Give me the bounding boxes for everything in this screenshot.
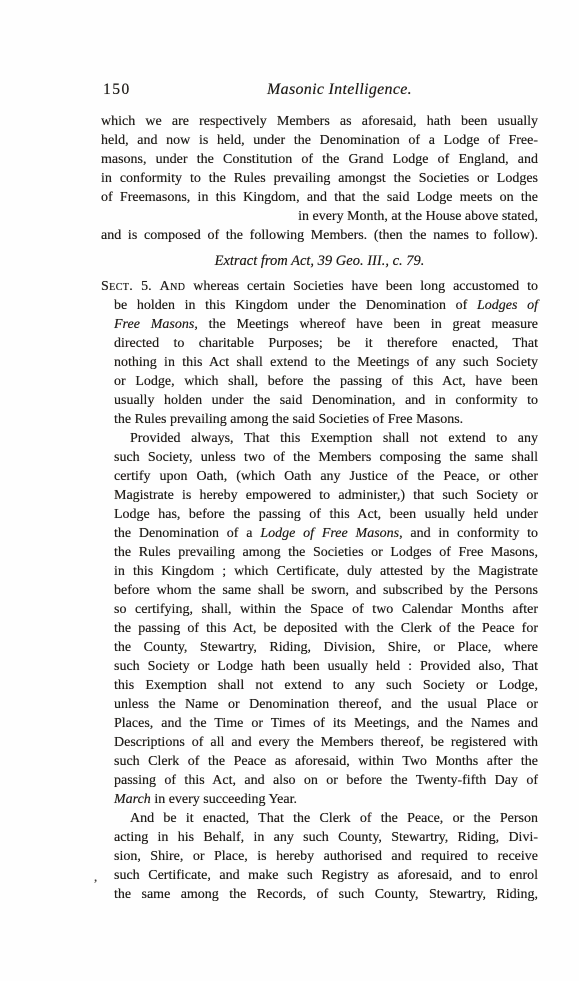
body-text: certify upon Oath, (which Oath any Justi…	[114, 469, 538, 484]
body-text: acting in his Behalf, in any such County…	[114, 830, 538, 845]
text-line: this Exemption shall not extend to any s…	[114, 676, 538, 695]
body-text: the passing of this Act, be deposited wi…	[114, 621, 538, 636]
body-text: in every succeeding Year.	[151, 792, 297, 807]
body-text: of Freemasons, in this Kingdom, and that…	[101, 190, 538, 205]
text-line: before whom the same shall be sworn, and…	[114, 581, 538, 600]
body-text: the same among the Records, of such Coun…	[114, 887, 538, 902]
text-line: March in every succeeding Year.	[114, 790, 538, 809]
body-text: the Denomination of a	[114, 526, 260, 541]
italic-text: Lodge of Free Masons	[260, 526, 399, 541]
text-line: certify upon Oath, (which Oath any Justi…	[114, 467, 538, 486]
running-title: Masonic Intelligence.	[121, 81, 558, 99]
text-line: And be it enacted, That the Clerk of the…	[114, 809, 538, 828]
body-text: whereas certain Societies have been long…	[185, 279, 538, 294]
text-line: and is composed of the following Members…	[101, 226, 538, 245]
body-text: And be it enacted, That the Clerk of the…	[130, 811, 538, 826]
body-text: the County, Stewartry, Riding, Division,…	[114, 640, 538, 655]
text-line: Provided always, That this Exemption sha…	[114, 429, 538, 448]
body-text: 5.	[133, 279, 159, 294]
body-text: Magistrate is hereby empowered to admini…	[114, 488, 538, 503]
text-line: masons, under the Constitution of the Gr…	[101, 150, 538, 169]
page-header: 150 Masonic Intelligence.	[101, 81, 538, 103]
text-line: in every Month, at the House above state…	[101, 207, 538, 226]
text-body: which we are respectively Members as afo…	[101, 112, 538, 904]
text-line: ,such Certificate, and make such Registr…	[114, 866, 538, 885]
body-text: before whom the same shall be sworn, and…	[114, 583, 538, 598]
text-line: which we are respectively Members as afo…	[101, 112, 538, 131]
body-text: so certifying, shall, within the Space o…	[114, 602, 538, 617]
body-text: in this Kingdom ; which Certificate, dul…	[114, 564, 538, 579]
body-text: this Exemption shall not extend to any s…	[114, 678, 538, 693]
body-text: usually holden under the said Denominati…	[114, 393, 538, 408]
body-text: such Clerk of the Peace as aforesaid, wi…	[114, 754, 538, 769]
body-text: passing of this Act, and also on or befo…	[114, 773, 538, 788]
smallcaps-text: Sect.	[101, 279, 133, 294]
italic-text: Lodges of	[477, 298, 538, 313]
text-line: Sect. 5. And whereas certain Societies h…	[101, 277, 538, 296]
italic-text: March	[114, 792, 151, 807]
body-text: masons, under the Constitution of the Gr…	[101, 152, 538, 167]
italic-text: Extract from Act, 39 Geo. III., c. 79.	[215, 253, 425, 269]
body-text: , and in conformity to	[399, 526, 538, 541]
smallcaps-text: And	[160, 279, 186, 294]
body-text: such Certificate, and make such Registry…	[114, 868, 538, 883]
text-line: the Denomination of a Lodge of Free Maso…	[114, 524, 538, 543]
extract-heading: Extract from Act, 39 Geo. III., c. 79.	[101, 252, 538, 271]
body-text: unless the Name or Denomination thereof,…	[114, 697, 538, 712]
text-line: Places, and the Time or Times of its Mee…	[114, 714, 538, 733]
body-text: Places, and the Time or Times of its Mee…	[114, 716, 538, 731]
text-line: Magistrate is hereby empowered to admini…	[114, 486, 538, 505]
petition-continuation-paragraph: which we are respectively Members as afo…	[101, 112, 538, 245]
text-line: directed to charitable Purposes; be it t…	[114, 334, 538, 353]
text-line: the Rules prevailing among the said Soci…	[114, 410, 538, 429]
italic-text: Free Masons	[114, 317, 194, 332]
text-line: held, and now is held, under the Denomin…	[101, 131, 538, 150]
text-line: Descriptions of all and every the Member…	[114, 733, 538, 752]
text-line: Free Masons, the Meetings whereof have b…	[114, 315, 538, 334]
text-line: the same among the Records, of such Coun…	[114, 885, 538, 904]
body-text: Lodge has, before the passing of this Ac…	[114, 507, 538, 522]
body-text: sion, Shire, or Place, is hereby authori…	[114, 849, 538, 864]
text-line: Lodge has, before the passing of this Ac…	[114, 505, 538, 524]
text-line: passing of this Act, and also on or befo…	[114, 771, 538, 790]
body-text: Descriptions of all and every the Member…	[114, 735, 538, 750]
text-line: unless the Name or Denomination thereof,…	[114, 695, 538, 714]
text-line: such Society or Lodge hath been usually …	[114, 657, 538, 676]
body-text: in conformity to the Rules prevailing am…	[101, 171, 538, 186]
body-text: , the Meetings whereof have been in grea…	[194, 317, 538, 332]
text-line: acting in his Behalf, in any such County…	[114, 828, 538, 847]
text-line: usually holden under the said Denominati…	[114, 391, 538, 410]
body-text: the Rules prevailing among the Societies…	[114, 545, 538, 560]
text-line: the County, Stewartry, Riding, Division,…	[114, 638, 538, 657]
body-text: and is composed of the following Members…	[101, 228, 538, 243]
text-line: in conformity to the Rules prevailing am…	[101, 169, 538, 188]
text-line: of Freemasons, in this Kingdom, and that…	[101, 188, 538, 207]
body-text: or Lodge, which shall, before the passin…	[114, 374, 538, 389]
text-line: nothing in this Act shall extend to the …	[114, 353, 538, 372]
text-line: such Clerk of the Peace as aforesaid, wi…	[114, 752, 538, 771]
body-text: the Rules prevailing among the said Soci…	[114, 412, 463, 427]
body-text: held, and now is held, under the Denomin…	[101, 133, 538, 148]
body-text: be holden in this Kingdom under the Deno…	[114, 298, 477, 313]
body-text: directed to charitable Purposes; be it t…	[114, 336, 538, 351]
text-line: Extract from Act, 39 Geo. III., c. 79.	[101, 252, 538, 271]
proviso-paragraph: Provided always, That this Exemption sha…	[101, 429, 538, 809]
enactment-paragraph: And be it enacted, That the Clerk of the…	[101, 809, 538, 904]
margin-artifact-mark: ,	[94, 867, 97, 886]
text-line: or Lodge, which shall, before the passin…	[114, 372, 538, 391]
body-text: nothing in this Act shall extend to the …	[114, 355, 538, 370]
text-line: the Rules prevailing among the Societies…	[114, 543, 538, 562]
text-line: be holden in this Kingdom under the Deno…	[114, 296, 538, 315]
section-5-paragraph: Sect. 5. And whereas certain Societies h…	[101, 277, 538, 429]
text-line: the passing of this Act, be deposited wi…	[114, 619, 538, 638]
text-line: so certifying, shall, within the Space o…	[114, 600, 538, 619]
body-text: which we are respectively Members as afo…	[101, 114, 538, 129]
body-text: Provided always, That this Exemption sha…	[130, 431, 538, 446]
body-text: such Society, unless two of the Members …	[114, 450, 538, 465]
body-text: such Society or Lodge hath been usually …	[114, 659, 538, 674]
text-line: such Society, unless two of the Members …	[114, 448, 538, 467]
text-line: sion, Shire, or Place, is hereby authori…	[114, 847, 538, 866]
book-page: 150 Masonic Intelligence. which we are r…	[0, 0, 579, 981]
text-line: in this Kingdom ; which Certificate, dul…	[114, 562, 538, 581]
body-text: in every Month, at the House above state…	[298, 209, 538, 224]
